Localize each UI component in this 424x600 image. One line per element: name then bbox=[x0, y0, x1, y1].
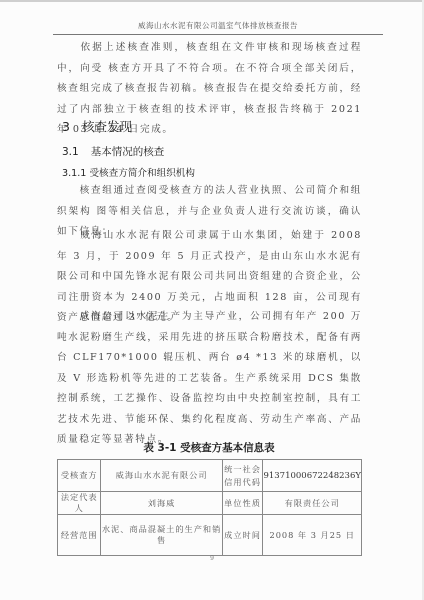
paragraph-production-overview: 威海公司以水泥生产为主导产业，公司拥有年产 200 万吨水泥粉磨生产线，采用先进… bbox=[57, 307, 362, 451]
section-heading-3: 3核查发现 bbox=[62, 117, 132, 135]
section-number: 3 bbox=[62, 119, 70, 134]
table-value-cell: 91371000672248236Y bbox=[263, 460, 362, 492]
page-top-edge bbox=[0, 0, 424, 2]
table-value-cell: 威海山水水泥有限公司 bbox=[101, 460, 222, 492]
table-row: 经营范围 水泥、商品混凝土的生产和销售 成立时间 2008 年 3 月25 日 bbox=[58, 515, 362, 556]
table-row: 法定代表人 刘海威 单位性质 有限责任公司 bbox=[58, 492, 362, 515]
section-heading-3-1: 3.1基本情况的核查 bbox=[62, 144, 164, 159]
company-info-table: 受核查方 威海山水水泥有限公司 统一社会信用代码 913710006722482… bbox=[57, 459, 362, 556]
table-label-cell: 成立时间 bbox=[222, 515, 263, 556]
table-label-cell: 单位性质 bbox=[222, 492, 263, 515]
section-title: 核查发现 bbox=[82, 119, 132, 134]
page-number: 9 bbox=[0, 555, 424, 562]
table-row: 受核查方 威海山水水泥有限公司 统一社会信用代码 913710006722482… bbox=[58, 460, 362, 492]
table-label-cell: 法定代表人 bbox=[58, 492, 101, 515]
section-number: 3.1 bbox=[62, 146, 79, 158]
section-heading-3-1-1: 3.1.1 受核查方简介和组织机构 bbox=[62, 165, 195, 179]
table-caption: 表 3-1 受核查方基本信息表 bbox=[57, 440, 361, 455]
table-value-cell: 刘海威 bbox=[101, 492, 222, 515]
table-value-cell: 2008 年 3 月25 日 bbox=[263, 515, 362, 556]
header-rule bbox=[53, 34, 383, 35]
table-value-cell: 有限责任公司 bbox=[263, 492, 362, 515]
running-header: 威海山水水泥有限公司温室气体排放核查报告 bbox=[53, 20, 383, 31]
table-label-cell: 受核查方 bbox=[58, 460, 101, 492]
table-label-cell: 经营范围 bbox=[58, 515, 101, 556]
section-title: 基本情况的核查 bbox=[91, 146, 165, 158]
table-label-cell: 统一社会信用代码 bbox=[222, 460, 263, 492]
table-value-cell: 水泥、商品混凝土的生产和销售 bbox=[101, 515, 222, 556]
